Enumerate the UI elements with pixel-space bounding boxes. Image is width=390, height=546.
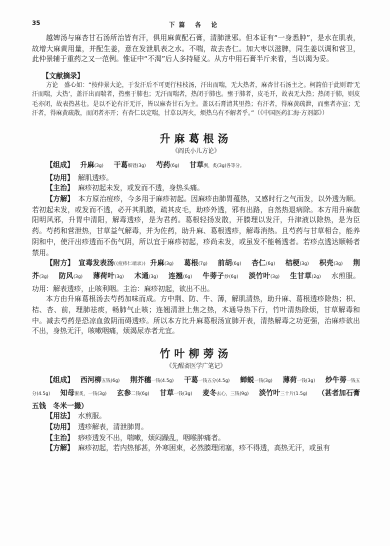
- herb: 荆芥穗一钱(4.5g): [130, 376, 174, 384]
- formula2-source: 《先醒斋医学广笔记》: [32, 361, 360, 372]
- herb: 蝉蜕一钱(3g): [240, 376, 272, 384]
- herb: 干葛细锉(3g): [114, 161, 146, 169]
- intro-paragraph: 越婢汤与麻杏甘石汤所治皆有汗，俱用麻黄配石膏，清肺泄邪。但本证有“一身悉肿”，是…: [32, 33, 360, 65]
- herb: 玄参二钱(6g): [117, 389, 150, 397]
- herb: 干葛一钱五分(4.5g): [184, 376, 230, 384]
- literature-block: 方论 盛心如：“按仲景大论，于发汗后不可更行桂枝汤，汗出而喘，无大热者，麻杏甘石…: [32, 81, 360, 118]
- formula1-indication: 【主治】麻疹初起未发，或发而不透，身热头痛。: [46, 183, 360, 194]
- herb: 前胡(6g): [218, 259, 241, 267]
- herb: 芍药(6g): [156, 161, 179, 169]
- herb: 甘草一钱(3g): [160, 389, 193, 397]
- herb: 升麻(3g): [80, 161, 103, 169]
- herb: 木通(3g): [134, 272, 158, 280]
- formula2-title: 竹叶柳蒡汤: [32, 347, 360, 361]
- herb: 升麻(3g): [150, 259, 173, 267]
- formula1-variant: 【附方】宣毒发表汤(《痘疹仁端录》) 升麻(3g) 葛根(7g) 前胡(6g) …: [32, 258, 360, 294]
- formula2-function: 【功用】透疹解表，清泄肺胃。: [46, 422, 360, 433]
- herb: 淡竹叶三十片(1.5g): [259, 389, 307, 397]
- formula1-source: 《阎氏小儿方论》: [32, 146, 360, 157]
- literature-text: 方论 盛心如：“按仲景大论，于发汗后不可更行桂枝汤，汗出而喘，无大热者，麻杏甘石…: [32, 81, 360, 118]
- running-title: 下篇 各 论: [32, 20, 358, 29]
- herb: 麦冬去心，三钱(9g): [203, 389, 249, 397]
- literature-heading: 【文献摘录】: [42, 71, 360, 81]
- formula1-composition: 【组成】 升麻(3g) 干葛细锉(3g) 芍药(6g) 甘草剉，炙(3g)各等分…: [46, 160, 360, 173]
- herb: 薄荷一钱(3g): [283, 376, 315, 384]
- herb: 桔梗(3g): [285, 259, 308, 267]
- document-page: 35 下篇 各 论 越婢汤与麻杏甘石汤所治皆有汗，俱用麻黄配石膏，清肺泄邪。但本…: [0, 0, 390, 546]
- composition-label: 【组成】: [46, 161, 74, 169]
- formula2-composition: 【组成】 西河柳五钱(6g) 荆芥穗一钱(4.5g) 干葛一钱五分(4.5g) …: [32, 375, 360, 411]
- herb: 西河柳五钱(6g): [80, 376, 119, 384]
- herb: 防风(3g): [59, 272, 83, 280]
- formula1-title: 升麻葛根汤: [32, 132, 360, 146]
- herb: 甘草剉，炙(3g)各等分。: [190, 161, 245, 169]
- formula1-function: 【功用】解肌透疹。: [46, 173, 360, 184]
- formula1-variant-explanation: 本方由升麻葛根汤去芍药加味而成。方中荆、防、牛、薄，解肌清热，助升麻、葛根透疹除…: [32, 294, 360, 337]
- herb: 淡竹叶(3g): [249, 272, 280, 280]
- herb: 知母蜜炙，一钱(3g): [60, 389, 106, 397]
- page-body: 越婢汤与麻杏甘石汤所治皆有汗，俱用麻黄配石膏，清肺泄邪。但本证有“一身悉肿”，是…: [32, 33, 360, 454]
- page-header: 35 下篇 各 论: [32, 20, 358, 30]
- herb: 葛根(7g): [184, 259, 207, 267]
- herb: 牛蒡子炒(6g): [203, 272, 239, 280]
- herb: 生甘草(2g): [290, 272, 321, 280]
- formula1-explanation: 【方解】本方原治痘疹，今多用于麻疹初起。因麻疹由肺胃蕴热，又感时行之气而发，以外…: [32, 194, 360, 258]
- formula2-usage: 【用法】水煎服。: [46, 411, 360, 422]
- herb: 枳壳(3g): [319, 259, 342, 267]
- herb: 杏仁(6g): [252, 259, 275, 267]
- herb: 薄荷叶(3g): [93, 272, 124, 280]
- formula2-indication: 【主治】痧疹透发不出，喘嗽，烦闷躁乱，咽喉肿痛者。: [46, 433, 360, 444]
- herb: 连翘(6g): [169, 272, 193, 280]
- formula2-explanation: 【方解】麻疹初起，若内热郁甚，外寒困束，必然腠理闭塞，疹不得透，高热无汗，或虽有: [46, 443, 360, 454]
